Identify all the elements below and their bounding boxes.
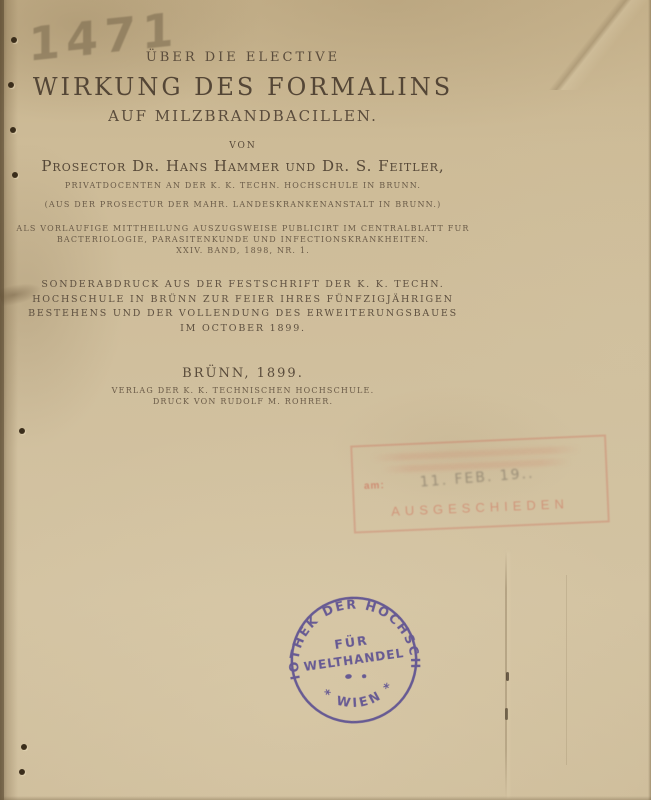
affiliation-line-2: (AUS DER PROSECTUR DER MÄHR. LANDESKRANK… (14, 199, 472, 210)
affiliation-line-1: PRIVATDOCENTEN AN DER K. K. TECHN. HOCHS… (14, 180, 472, 191)
scanned-title-page: 1471 ÜBER DIE ELECTIVE WIRKUNG DES FORMA… (0, 0, 651, 800)
binding-hole (11, 37, 17, 43)
title-line-2: WIRKUNG DES FORMALINS (14, 73, 472, 101)
imprint-publisher: VERLAG DER K. K. TECHNISCHEN HOCHSCHULE. (14, 385, 472, 396)
festschrift-note-line-4: IM OCTOBER 1899. (14, 322, 472, 337)
festschrift-note-line-2: HOCHSCHULE IN BRÜNN ZUR FEIER IHRES FÜNF… (14, 293, 472, 308)
title-line-1: ÜBER DIE ELECTIVE (14, 50, 472, 65)
binding-hole (19, 428, 25, 434)
binding-hole (21, 744, 27, 750)
publication-note-line-3: XXIV. BAND, 1898, NR. 1. (14, 245, 472, 256)
publication-note-line-1: ALS VORLÄUFIGE MITTHEILUNG AUSZUGSWEISE … (14, 223, 472, 234)
stamp-center-welthandel: WELTHANDEL (303, 646, 405, 674)
page-left-edge-shadow (0, 0, 4, 800)
title-line-3: AUF MILZBRANDBACILLEN. (14, 107, 472, 125)
withdrawal-stamp: am: 11. FEB. 19.. AUSGESCHIEDEN (350, 434, 610, 533)
paper-nick (505, 708, 508, 720)
stamp-am-label: am: (364, 480, 385, 492)
publication-note-line-2: BACTERIOLOGIE, PARASITENKUNDE UND INFECT… (14, 234, 472, 245)
stamp-ornament-blot (362, 674, 367, 678)
stamp-center-fuer: FÜR (333, 632, 369, 652)
byline-von: VON (14, 141, 472, 151)
library-round-stamp: BIBLIOTHEK DER HOCHSCHULE FÜR WELTHANDEL… (277, 583, 431, 737)
library-stamp-graphic: BIBLIOTHEK DER HOCHSCHULE FÜR WELTHANDEL… (277, 583, 431, 737)
top-right-corner-crease (531, 0, 651, 90)
festschrift-note-line-1: SONDERABDRUCK AUS DER FESTSCHRIFT DER K.… (14, 278, 472, 293)
stamp-status-ausgeschieden: AUSGESCHIEDEN (361, 495, 599, 520)
imprint-city-year: BRÜNN, 1899. (14, 366, 472, 381)
authors-line: Prosector Dr. Hans Hammer und Dr. S. Fei… (14, 157, 472, 175)
stamp-ornament-blot (345, 674, 352, 680)
vertical-fold-crease-faint (566, 575, 567, 765)
stamp-arc-bottom-text: * WIEN * (318, 676, 400, 715)
imprint-printer: DRUCK VON RUDOLF M. ROHRER. (14, 396, 472, 407)
binding-hole (19, 769, 25, 775)
festschrift-note-line-3: BESTEHENS UND DER VOLLENDUNG DES ERWEITE… (14, 307, 472, 322)
paper-nick (506, 672, 509, 681)
printed-text-block: ÜBER DIE ELECTIVE WIRKUNG DES FORMALINS … (14, 50, 472, 407)
page-bottom-edge (0, 796, 651, 800)
